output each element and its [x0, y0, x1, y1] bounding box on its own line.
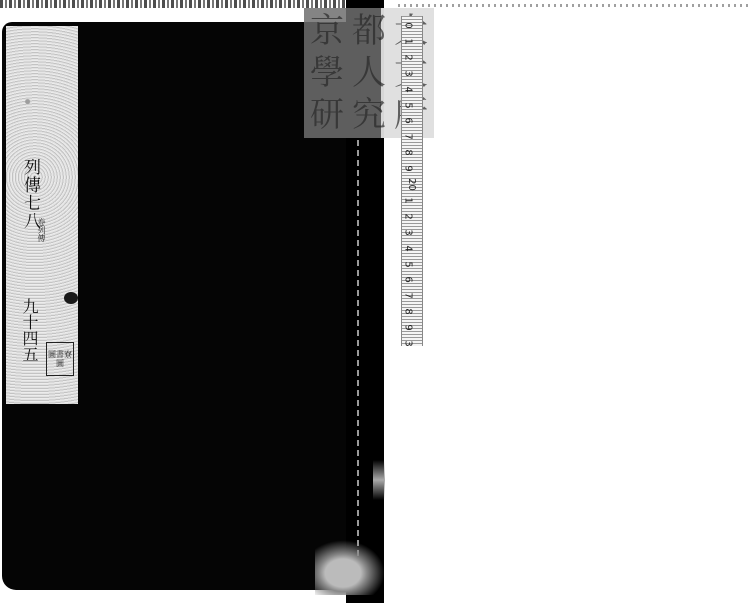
ruler-tick-label: 0: [403, 22, 414, 28]
ruler-tick-label: 9: [403, 165, 414, 171]
ruler-tick-label: 3: [403, 70, 414, 76]
ruler-tick-label: 5: [403, 261, 414, 267]
scan-top-edge-right: [398, 4, 750, 7]
ruler-tick-label: 7: [403, 134, 414, 140]
title-slip-subtitle: 卷列傳: [36, 218, 47, 242]
ruler-tick-label: 3: [403, 229, 414, 235]
library-stamp: 圖書寮圖: [46, 342, 74, 376]
ruler-tick-label: 7: [403, 293, 414, 299]
measurement-ruler: 0123456789201234567893: [401, 16, 423, 346]
seal-char: 人: [348, 52, 390, 94]
ruler-tick-label: 20: [406, 178, 417, 191]
ruler-tick-label: 9: [403, 324, 414, 330]
ruler-tick-label: 4: [403, 86, 414, 92]
ruler-tick-label: 2: [403, 54, 414, 60]
ruler-tick-label: 6: [403, 277, 414, 283]
ruler-tick-label: 5: [403, 102, 414, 108]
seal-char: 學: [306, 52, 348, 94]
seal-char: 研: [306, 94, 348, 136]
ruler-tick-label: 3: [403, 340, 414, 346]
ruler-tick-label: 8: [403, 150, 414, 156]
title-slip-volume: 九十四五: [18, 298, 41, 362]
seal-char: 究: [348, 94, 390, 136]
ruler-tick-label: 6: [403, 118, 414, 124]
torn-edge-fragment: [373, 460, 385, 500]
ruler-tick-label: 1: [403, 197, 414, 203]
ruler-tick-label: 8: [403, 309, 414, 315]
ruler-tick-label: 2: [403, 213, 414, 219]
ruler-tick-label: 4: [403, 245, 414, 251]
spine-seam: [357, 140, 359, 580]
seal-char: 都: [348, 10, 390, 52]
torn-corner-fragment: [315, 540, 385, 595]
scan-top-edge: [0, 0, 370, 8]
seal-char: 京: [306, 10, 348, 52]
ruler-tick-label: 1: [403, 38, 414, 44]
ink-blot: [64, 292, 78, 304]
